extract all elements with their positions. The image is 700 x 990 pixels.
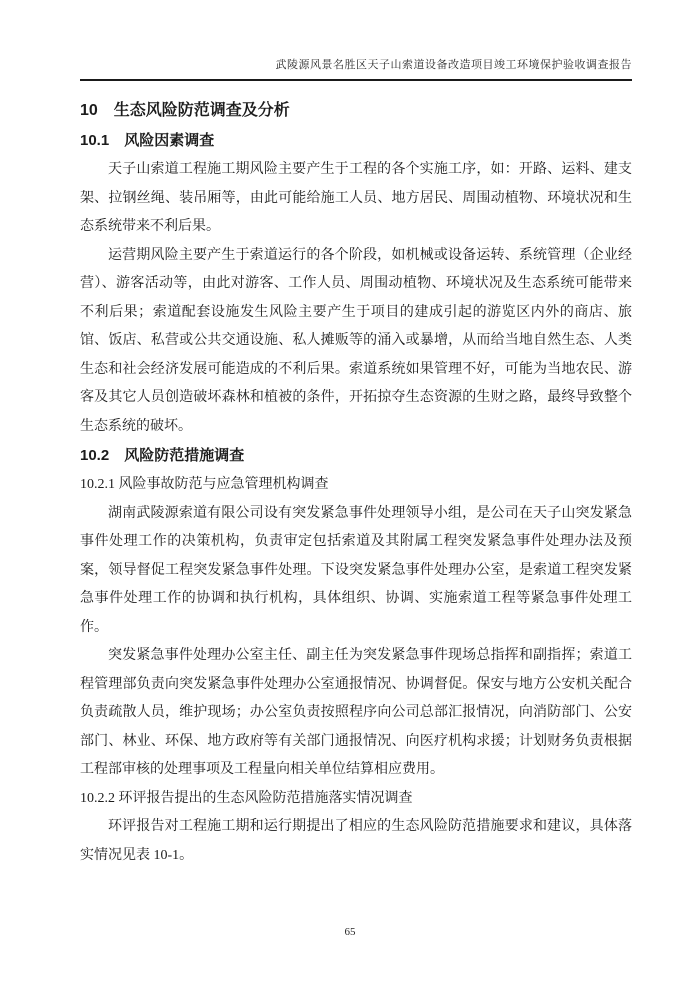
section-heading-10: 10 生态风险防范调查及分析 <box>80 96 632 126</box>
section-heading-10-1: 10.1 风险因素调查 <box>80 126 632 156</box>
paragraph-emergency-office-duties: 突发紧急事件处理办公室主任、副主任为突发紧急事件现场总指挥和副指挥；索道工程管理… <box>80 642 632 785</box>
page-content: 武陵源风景名胜区天子山索道设备改造项目竣工环境保护验收调查报告 10 生态风险防… <box>80 56 632 870</box>
section-heading-10-2-1: 10.2.1 风险事故防范与应急管理机构调查 <box>80 471 632 500</box>
section-heading-10-2: 10.2 风险防范措施调查 <box>80 441 632 471</box>
running-header: 武陵源风景名胜区天子山索道设备改造项目竣工环境保护验收调查报告 <box>80 56 632 81</box>
page-footer: 65 <box>0 922 700 940</box>
paragraph-eia-measures: 环评报告对工程施工期和运行期提出了相应的生态风险防范措施要求和建议，具体落实情况… <box>80 813 632 870</box>
paragraph-operation-risk: 运营期风险主要产生于索道运行的各个阶段，如机械或设备运转、系统管理（企业经营）、… <box>80 242 632 442</box>
section-heading-10-2-2: 10.2.2 环评报告提出的生态风险防范措施落实情况调查 <box>80 785 632 814</box>
header-title: 武陵源风景名胜区天子山索道设备改造项目竣工环境保护验收调查报告 <box>80 56 632 72</box>
paragraph-construction-risk: 天子山索道工程施工期风险主要产生于工程的各个实施工序，如：开路、运料、建支架、拉… <box>80 156 632 242</box>
page-number: 65 <box>345 926 356 938</box>
paragraph-emergency-leadership: 湖南武陵源索道有限公司设有突发紧急事件处理领导小组，是公司在天子山突发紧急事件处… <box>80 500 632 643</box>
document-page: 武陵源风景名胜区天子山索道设备改造项目竣工环境保护验收调查报告 10 生态风险防… <box>0 0 700 990</box>
